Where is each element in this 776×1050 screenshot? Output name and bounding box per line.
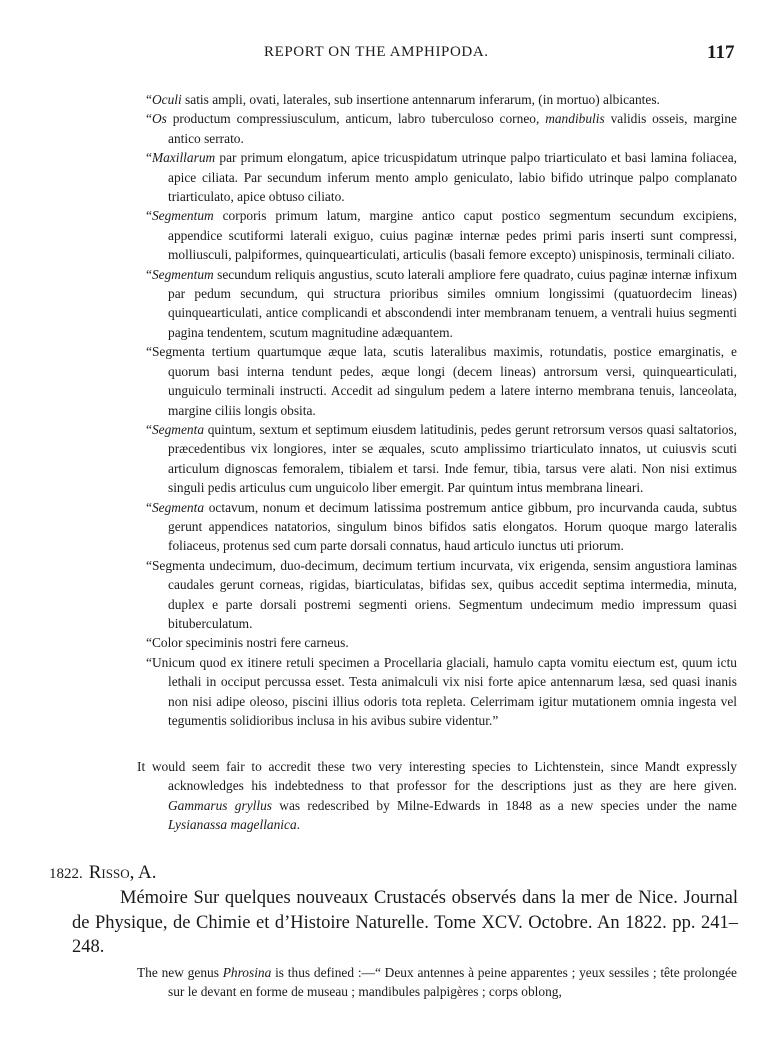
commentary-segment: was redescribed by Milne-Edwards in 1848… [272, 798, 737, 813]
italic-term: Oculi [152, 92, 182, 107]
quote-text: productum compressiusculum, anticum, lab… [167, 111, 545, 126]
bibliography-entry-heading: 1822.Risso, A. [49, 862, 157, 884]
italic-term: Maxillarum [152, 150, 215, 165]
species-name: Gammarus gryllus [168, 798, 272, 813]
quote-text: quintum, sextum et septimum eiusdem lati… [168, 422, 737, 495]
quote-text: Unicum quod ex itinere retuli specimen a… [152, 655, 737, 728]
quote-text: satis ampli, ovati, laterales, sub inser… [182, 92, 660, 107]
italic-term: mandibulis [545, 111, 605, 126]
running-title: REPORT ON THE AMPHIPODA. [264, 44, 489, 61]
quote-paragraph: “Color speciminis nostri fere carneus. [137, 633, 737, 652]
quote-text: octavum, nonum et decimum latissima post… [168, 500, 737, 554]
entry-citation: Mémoire Sur quelques nouveaux Crustacés … [72, 886, 738, 960]
quote-text: secundum reliquis angustius, scuto later… [168, 267, 737, 340]
commentary-segment: It would seem fair to accredit these two… [137, 759, 737, 793]
quote-paragraph: “Segmenta tertium quartumque æque lata, … [137, 342, 737, 420]
entry-author: Risso, A. [89, 862, 157, 883]
quote-paragraph: “Unicum quod ex itinere retuli specimen … [137, 653, 737, 731]
quote-paragraph: “Oculi satis ampli, ovati, laterales, su… [137, 90, 737, 109]
entry-body-text: The new genus Phrosina is thus defined :… [137, 963, 737, 1002]
commentary-paragraph: It would seem fair to accredit these two… [137, 757, 737, 835]
quote-text: corporis primum latum, margine antico ca… [168, 208, 737, 262]
italic-term: Segmentum [152, 267, 214, 282]
quote-text: Color speciminis nostri fere carneus. [152, 635, 349, 650]
entry-year: 1822. [49, 866, 83, 882]
quote-paragraph: “Segmenta octavum, nonum et decimum lati… [137, 498, 737, 556]
italic-term: Segmentum [152, 208, 214, 223]
running-header: REPORT ON THE AMPHIPODA. 117 [0, 44, 776, 68]
italic-term: Os [152, 111, 167, 126]
quote-paragraph: “Maxillarum par primum elongatum, apice … [137, 148, 737, 206]
bibliography-entry-title: Mémoire Sur quelques nouveaux Crustacés … [72, 886, 738, 960]
page-number: 117 [707, 42, 734, 64]
quote-paragraph: “Segmenta undecimum, duo-decimum, decimu… [137, 556, 737, 634]
commentary-text: It would seem fair to accredit these two… [137, 757, 737, 835]
italic-term: Segmenta [152, 422, 204, 437]
quote-text: Segmenta tertium quartumque æque lata, s… [152, 344, 737, 417]
genus-name: Phrosina [223, 965, 272, 980]
body-segment: The new genus [137, 965, 223, 980]
quote-paragraph: “Os productum compressiusculum, anticum,… [137, 109, 737, 148]
quote-text: par primum elongatum, apice tricuspidatu… [168, 150, 737, 204]
latin-quotation: “Oculi satis ampli, ovati, laterales, su… [137, 90, 737, 730]
quote-paragraph: “Segmentum secundum reliquis angustius, … [137, 265, 737, 343]
quote-text: Segmenta undecimum, duo-decimum, decimum… [152, 558, 737, 631]
quote-paragraph: “Segmentum corporis primum latum, margin… [137, 206, 737, 264]
species-name: Lysianassa magellanica [168, 817, 297, 832]
quote-paragraph: “Segmenta quintum, sextum et septimum ei… [137, 420, 737, 498]
bibliography-entry-body: The new genus Phrosina is thus defined :… [137, 963, 737, 1002]
italic-term: Segmenta [152, 500, 204, 515]
commentary-segment: . [297, 817, 300, 832]
